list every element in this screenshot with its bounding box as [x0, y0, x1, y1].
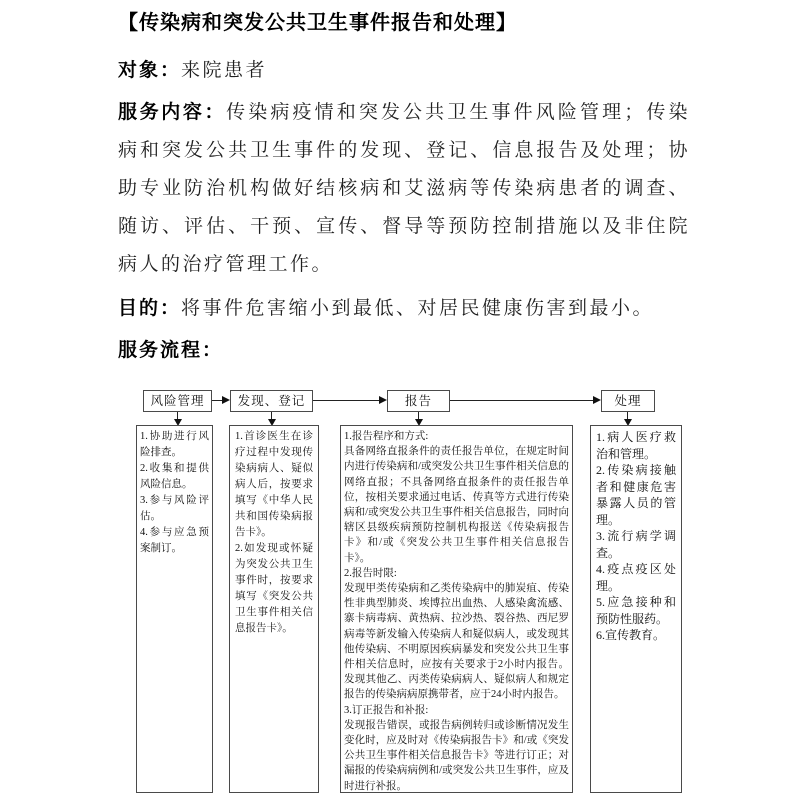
detail-item: 4.参与应急预案制订。	[140, 525, 209, 557]
document-page: 【传染病和突发公共卫生事件报告和处理】 对象：来院患者 服务内容：传染病疫情和突…	[0, 0, 800, 801]
service-content-label: 服务内容：	[118, 102, 226, 123]
detail-item: 5.应急接种和预防性服药。	[596, 594, 676, 627]
detail-item: 3.参与风险评估。	[140, 493, 209, 525]
detail-item: 具备网络直报条件的责任报告单位，在规定时间内进行传染病和/或突发公共卫生事件相关…	[344, 444, 569, 566]
arrow-down-icon	[627, 412, 628, 419]
detail-box-discover-register: 1.首诊医生在诊疗过程中发现传染病病人、疑似病人后，按要求填写《中华人民共和国传…	[229, 425, 319, 793]
detail-item: 6.宣传教育。	[596, 627, 676, 644]
arrow-down-icon	[177, 412, 178, 419]
detail-item-heading: 1.报告程序和方式:	[344, 429, 569, 444]
process-label: 服务流程：	[118, 340, 223, 361]
detail-item: 4.疫点疫区处理。	[596, 561, 676, 594]
stage-box-risk-management: 风险管理	[143, 390, 212, 412]
arrow-right-icon	[212, 400, 222, 401]
detail-item: 发现报告错误，或报告病例转归或诊断情况发生变化时，应及时对《传染病报告卡》和/或…	[344, 718, 569, 793]
purpose-line: 目的：将事件危害缩小到最低、对居民健康伤害到最小。	[118, 290, 690, 328]
detail-box-handle: 1.病人医疗救治和管理。 2.传染病接触者和健康危害暴露人员的管理。 3.流行病…	[590, 425, 682, 793]
detail-box-report: 1.报告程序和方式: 具备网络直报条件的责任报告单位，在规定时间内进行传染病和/…	[340, 425, 573, 793]
detail-item-heading: 3.订正报告和补报:	[344, 703, 569, 718]
page-title: 【传染病和突发公共卫生事件报告和处理】	[118, 8, 690, 38]
detail-item: 发现甲类传染病和乙类传染病中的肺炭疽、传染性非典型肺炎、埃博拉出血热、人感染禽流…	[344, 581, 569, 703]
process-label-line: 服务流程：	[118, 332, 690, 370]
purpose-text: 将事件危害缩小到最低、对居民健康伤害到最小。	[181, 298, 654, 319]
object-label: 对象：	[118, 60, 181, 81]
detail-item: 2.传染病接触者和健康危害暴露人员的管理。	[596, 462, 676, 528]
stage-box-discover-register: 发现、登记	[230, 390, 313, 412]
object-text: 来院患者	[181, 60, 267, 81]
detail-item: 1.病人医疗救治和管理。	[596, 429, 676, 462]
detail-item: 2.收集和提供风险信息。	[140, 461, 209, 493]
object-line: 对象：来院患者	[118, 52, 690, 90]
detail-item: 1.协助进行风险排查。	[140, 429, 209, 461]
arrow-right-icon	[313, 400, 379, 401]
arrow-down-icon	[418, 412, 419, 419]
detail-item: 3.流行病学调查。	[596, 528, 676, 561]
stage-box-report: 报告	[387, 390, 450, 412]
service-content-paragraph: 服务内容：传染病疫情和突发公共卫生事件风险管理；传染病和突发公共卫生事件的发现、…	[118, 94, 690, 284]
service-flowchart: 风险管理 发现、登记 报告 处理 1.协助进行风险排查。 2.收集和提供风险信息…	[136, 388, 688, 798]
detail-item: 2.如发现或怀疑为突发公共卫生事件时，按要求填写《突发公共卫生事件相关信息报告卡…	[235, 541, 313, 637]
detail-box-risk-management: 1.协助进行风险排查。 2.收集和提供风险信息。 3.参与风险评估。 4.参与应…	[136, 425, 213, 793]
detail-item: 1.首诊医生在诊疗过程中发现传染病病人、疑似病人后，按要求填写《中华人民共和国传…	[235, 429, 313, 541]
purpose-label: 目的：	[118, 298, 181, 319]
service-content-text: 传染病疫情和突发公共卫生事件风险管理；传染病和突发公共卫生事件的发现、登记、信息…	[118, 102, 690, 275]
stage-box-handle: 处理	[601, 390, 655, 412]
detail-item-heading: 2.报告时限:	[344, 566, 569, 581]
arrow-down-icon	[271, 412, 272, 419]
arrow-right-icon	[450, 400, 593, 401]
